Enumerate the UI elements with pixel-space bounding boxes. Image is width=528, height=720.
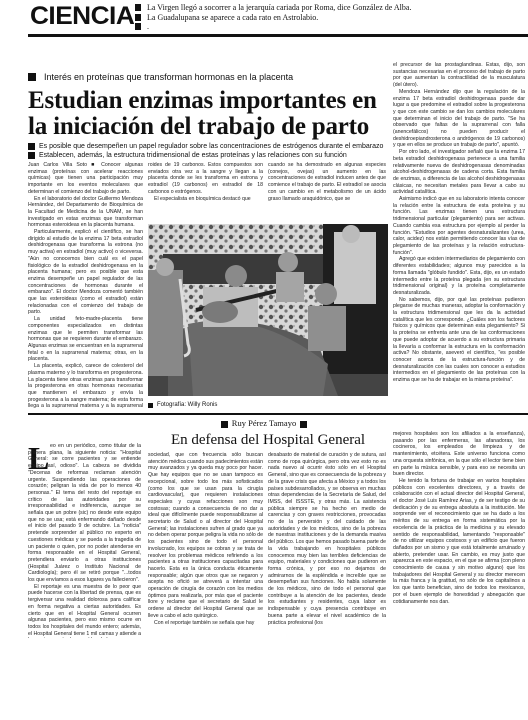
header-bullet-text: La Guadalupana se aparece a cada rato en…: [147, 13, 318, 22]
square-bullet-icon: [28, 143, 35, 150]
paragraph: El especialista en bioquímica destacó qu…: [148, 196, 263, 203]
paragraph: roides de 19 carbonos. Estos compuestos …: [148, 162, 263, 196]
article1-headline: Estudian enzimas importantes en la inici…: [28, 88, 388, 140]
paragraph: Particularmente, explicó el científico, …: [28, 229, 143, 316]
square-bullet-icon: [300, 421, 307, 428]
header-bullet-text: .: [147, 22, 149, 31]
header-bullet-text: La Virgen llegó a socorrer a la jerarquí…: [147, 3, 411, 12]
article1-column-2: roides de 19 carbonos. Estos compuestos …: [148, 162, 263, 224]
section-title: CIENCIA: [30, 2, 134, 30]
deck-text: Establecen, además, la estructura tridim…: [39, 151, 347, 160]
paragraph: Juan Carlos Villa Soto ■ Conocer algunas…: [28, 162, 143, 196]
paragraph: En el laboratorio del doctor Guillermo M…: [28, 196, 143, 230]
paragraph: Con el reportaje también se señala que h…: [148, 620, 263, 627]
square-bullet-icon: [148, 403, 153, 408]
article2-column-3: desabasto de material de curación y de s…: [268, 452, 386, 642]
square-bullet-icon: [135, 4, 141, 11]
article1-photo[interactable]: [148, 224, 388, 396]
paragraph: Por otro lado, el investigador señaló qu…: [393, 149, 525, 196]
article1-column-4: el precursor de las prostaglandinas. Est…: [393, 62, 525, 410]
family-music-photo: [148, 224, 388, 396]
paragraph: Agregó que existen intermediarios de ple…: [393, 256, 525, 296]
square-bullet-icon: [28, 73, 36, 81]
square-bullet-icon: [221, 421, 228, 428]
article2-column-1: eo en un periódico, como titular de la p…: [28, 443, 141, 638]
paragraph: Asimismo indicó que en su laboratorio in…: [393, 196, 525, 256]
paragraph: cuando se ha demostrado en algunas espec…: [268, 162, 386, 202]
header-bullet: .: [135, 22, 525, 31]
paragraph: He tenido la fortuna de trabajar en vari…: [393, 478, 525, 605]
byline-text: Ruy Pérez Tamayo: [232, 418, 296, 428]
caption-text: Fotografía: Willy Ronis: [157, 402, 217, 408]
article2-column-2: sociedad, que con frecuencia sólo buscan…: [148, 452, 263, 642]
photo-caption: Fotografía: Willy Ronis: [148, 402, 217, 408]
article1-deck: Es posible que desempeñen un papel regul…: [28, 142, 393, 160]
kicker-text: Interés en proteínas que transforman hor…: [44, 72, 293, 82]
square-bullet-icon: [135, 14, 141, 21]
square-bullet-icon: [28, 152, 35, 159]
paragraph: eo en un periódico, como titular de la p…: [28, 443, 141, 584]
article2-byline: Ruy Pérez Tamayo: [0, 418, 528, 428]
paragraph: El reportaje es una muestra de lo peor q…: [28, 584, 141, 638]
deck-line: Establecen, además, la estructura tridim…: [28, 151, 393, 160]
paragraph: No sabemos, dijo, por qué las proteínas …: [393, 297, 525, 384]
paragraph: Mendoza Hernández dijo que la regulación…: [393, 89, 525, 149]
article2-column-4: mejores hospitales son los afiliados a l…: [393, 431, 525, 641]
article1-kicker: Interés en proteínas que transforman hor…: [28, 72, 293, 82]
paragraph: mejores hospitales son los afiliados a l…: [393, 431, 525, 478]
header-bullet[interactable]: La Guadalupana se aparece a cada rato en…: [135, 13, 525, 22]
square-bullet-icon: [135, 23, 141, 30]
article1-column-3: cuando se ha demostrado en algunas espec…: [268, 162, 386, 224]
paragraph: desabasto de material de curación y de s…: [268, 452, 386, 626]
article1-column-1: Juan Carlos Villa Soto ■ Conocer algunas…: [28, 162, 143, 410]
paragraph: el precursor de las prostaglandinas. Est…: [393, 62, 525, 89]
deck-line: Es posible que desempeñen un papel regul…: [28, 142, 393, 151]
header-bullet[interactable]: La Virgen llegó a socorrer a la jerarquí…: [135, 3, 525, 12]
header-rule: [28, 34, 528, 37]
section-divider: [28, 413, 528, 415]
article2-title: En defensa del Hospital General: [148, 432, 388, 449]
deck-text: Es posible que desempeñen un papel regul…: [39, 142, 383, 151]
paragraph: sociedad, que con frecuencia sólo buscan…: [148, 452, 263, 620]
paragraph: La unidad feto-madre-placenta tiene comp…: [28, 316, 143, 363]
header-bullet-list: La Virgen llegó a socorrer a la jerarquí…: [135, 3, 525, 32]
paragraph: La placenta, explicó, carece de colester…: [28, 363, 143, 410]
